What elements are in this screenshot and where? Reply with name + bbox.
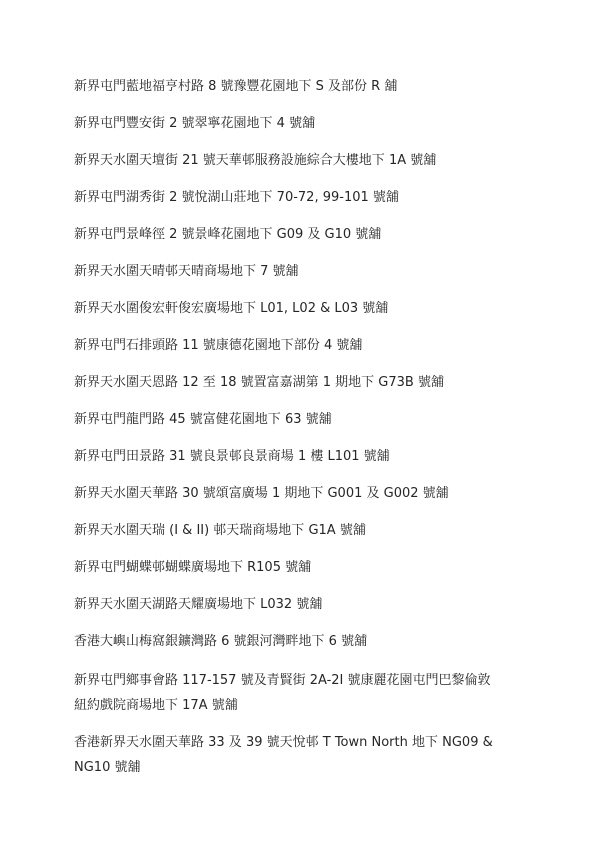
address-item: 新界屯門湖秀街 2 號悅湖山莊地下 70-72, 99-101 號舖	[74, 187, 544, 210]
address-item: 新界天水圍天壇街 21 號天華邨服務設施綜合大樓地下 1A 號舖	[74, 150, 544, 173]
address-text: 新界屯門田景路 31 號良景邨良景商場 1 樓 L101 號舖	[74, 446, 544, 469]
address-item: 新界天水圍天恩路 12 至 18 號置富嘉湖第 1 期地下 G73B 號舖	[74, 372, 544, 395]
address-text: 新界屯門豐安街 2 號翠寧花園地下 4 號舖	[74, 113, 544, 136]
address-text: 新界天水圍天晴邨天晴商場地下 7 號舖	[74, 261, 544, 284]
address-text-line-2: NG10 號舖	[74, 755, 544, 780]
address-item: 新界屯門豐安街 2 號翠寧花園地下 4 號舖	[74, 113, 544, 136]
address-item: 新界天水圍俊宏軒俊宏廣場地下 L01, L02 & L03 號舖	[74, 298, 544, 321]
address-text: 新界天水圍天瑞 (I & II) 邨天瑞商場地下 G1A 號舖	[74, 520, 544, 543]
address-text: 新界天水圍俊宏軒俊宏廣場地下 L01, L02 & L03 號舖	[74, 298, 544, 321]
address-item: 新界屯門鄉事會路 117-157 號及青賢街 2A-2I 號康麗花園屯門巴黎倫敦…	[74, 668, 544, 718]
address-text: 新界天水圍天華路 30 號頌富廣場 1 期地下 G001 及 G002 號舖	[74, 483, 544, 506]
address-text: 香港大嶼山梅窩銀鑛灣路 6 號銀河灣畔地下 6 號舖	[74, 631, 544, 654]
address-item: 新界屯門田景路 31 號良景邨良景商場 1 樓 L101 號舖	[74, 446, 544, 469]
address-text-line-2: 紐約戲院商場地下 17A 號舖	[74, 693, 544, 718]
address-text: 新界屯門景峰徑 2 號景峰花園地下 G09 及 G10 號舖	[74, 224, 544, 247]
address-text-line-1: 香港新界天水圍天華路 33 及 39 號天悅邨 T Town North 地下 …	[74, 730, 544, 755]
address-text-line-1: 新界屯門鄉事會路 117-157 號及青賢街 2A-2I 號康麗花園屯門巴黎倫敦	[74, 668, 544, 693]
address-item: 新界天水圍天晴邨天晴商場地下 7 號舖	[74, 261, 544, 284]
address-text: 新界天水圍天恩路 12 至 18 號置富嘉湖第 1 期地下 G73B 號舖	[74, 372, 544, 395]
address-text: 新界屯門湖秀街 2 號悅湖山莊地下 70-72, 99-101 號舖	[74, 187, 544, 210]
address-item: 香港新界天水圍天華路 33 及 39 號天悅邨 T Town North 地下 …	[74, 730, 544, 780]
address-item: 香港大嶼山梅窩銀鑛灣路 6 號銀河灣畔地下 6 號舖	[74, 631, 544, 654]
address-item: 新界屯門石排頭路 11 號康德花園地下部份 4 號舖	[74, 335, 544, 358]
address-item: 新界屯門藍地福亨村路 8 號豫豐花園地下 S 及部份 R 舖	[74, 76, 544, 99]
address-item: 新界天水圍天華路 30 號頌富廣場 1 期地下 G001 及 G002 號舖	[74, 483, 544, 506]
address-item: 新界屯門龍門路 45 號富健花園地下 63 號舖	[74, 409, 544, 432]
address-list: 新界屯門藍地福亨村路 8 號豫豐花園地下 S 及部份 R 舖 新界屯門豐安街 2…	[74, 76, 544, 792]
address-text: 新界屯門龍門路 45 號富健花園地下 63 號舖	[74, 409, 544, 432]
address-text: 新界屯門石排頭路 11 號康德花園地下部份 4 號舖	[74, 335, 544, 358]
address-item: 新界天水圍天湖路天耀廣場地下 L032 號舖	[74, 594, 544, 617]
address-item: 新界天水圍天瑞 (I & II) 邨天瑞商場地下 G1A 號舖	[74, 520, 544, 543]
address-item: 新界屯門蝴蝶邨蝴蝶廣場地下 R105 號舖	[74, 557, 544, 580]
address-item: 新界屯門景峰徑 2 號景峰花園地下 G09 及 G10 號舖	[74, 224, 544, 247]
address-text: 新界屯門藍地福亨村路 8 號豫豐花園地下 S 及部份 R 舖	[74, 76, 544, 99]
address-text: 新界天水圍天壇街 21 號天華邨服務設施綜合大樓地下 1A 號舖	[74, 150, 544, 173]
address-text: 新界屯門蝴蝶邨蝴蝶廣場地下 R105 號舖	[74, 557, 544, 580]
address-text: 新界天水圍天湖路天耀廣場地下 L032 號舖	[74, 594, 544, 617]
